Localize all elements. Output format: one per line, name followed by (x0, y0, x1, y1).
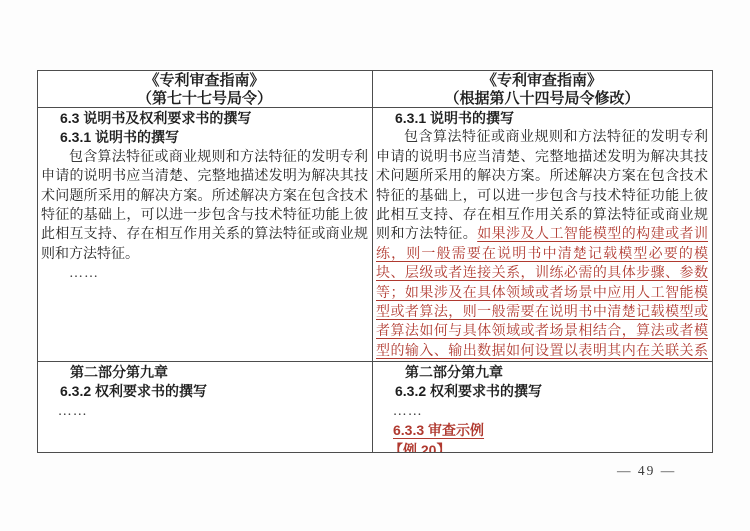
new-added-example-20: 【例 20】 (389, 441, 708, 452)
new-section-paragraph-revision: 如果涉及人工智能模型的构建或者训练，则一般需要在说明书中清楚记载模型必要的模块、… (376, 227, 708, 362)
new-added-heading-6-3-3: 6.3.3 审查示例 (393, 421, 708, 440)
header-cell-old-version: 《专利审查指南》 （第七十七号局令） (38, 71, 373, 108)
old-version-title: 《专利审查指南》 (41, 73, 368, 91)
new-section-heading-6-3-1: 6.3.1 说明书的撰写 (395, 109, 708, 128)
new-section-paragraph: 包含算法特征或商业规则和方法特征的发明专利申请的说明书应当清楚、完整地描述发明为… (376, 128, 708, 362)
new-version-section-cell: 6.3.1 说明书的撰写 包含算法特征或商业规则和方法特征的发明专利申请的说明书… (373, 108, 712, 362)
new-version-title: 《专利审查指南》 (376, 73, 708, 91)
new-version-claims-cell: 第二部分第九章 6.3.2 权利要求书的撰写 …… 6.3.3 审查示例 【例 … (373, 362, 712, 452)
old-version-claims-cell: 第二部分第九章 6.3.2 权利要求书的撰写 …… (38, 362, 373, 452)
old-part-chapter-heading: 第二部分第九章 (70, 363, 368, 382)
old-version-subtitle: （第七十七号局令） (41, 91, 368, 109)
new-claims-heading-6-3-2: 6.3.2 权利要求书的撰写 (395, 382, 708, 401)
comparison-table: 《专利审查指南》 （第七十七号局令） 《专利审查指南》 （根据第八十四号局令修改… (37, 70, 713, 453)
old-claims-heading-6-3-2: 6.3.2 权利要求书的撰写 (60, 382, 368, 401)
old-claims-ellipsis: …… (58, 402, 368, 421)
old-section-heading-6-3-1: 6.3.1 说明书的撰写 (60, 128, 368, 147)
page-number: — 49 — (617, 463, 676, 479)
header-cell-new-version: 《专利审查指南》 （根据第八十四号局令修改） (373, 71, 712, 108)
old-version-section-cell: 6.3 说明书及权利要求书的撰写 6.3.1 说明书的撰写 包含算法特征或商业规… (38, 108, 373, 362)
new-claims-ellipsis: …… (393, 402, 708, 421)
old-section-ellipsis: …… (69, 264, 368, 283)
old-section-heading-6-3: 6.3 说明书及权利要求书的撰写 (60, 109, 368, 128)
new-section-paragraph-unchanged: 包含算法特征或商业规则和方法特征的发明专利申请的说明书应当清楚、完整地描述发明为… (376, 130, 708, 242)
old-section-paragraph: 包含算法特征或商业规则和方法特征的发明专利申请的说明书应当清楚、完整地描述发明为… (41, 148, 368, 264)
new-version-subtitle: （根据第八十四号局令修改） (376, 91, 708, 109)
document-page: 《专利审查指南》 （第七十七号局令） 《专利审查指南》 （根据第八十四号局令修改… (0, 0, 750, 531)
new-part-chapter-heading: 第二部分第九章 (405, 363, 708, 382)
